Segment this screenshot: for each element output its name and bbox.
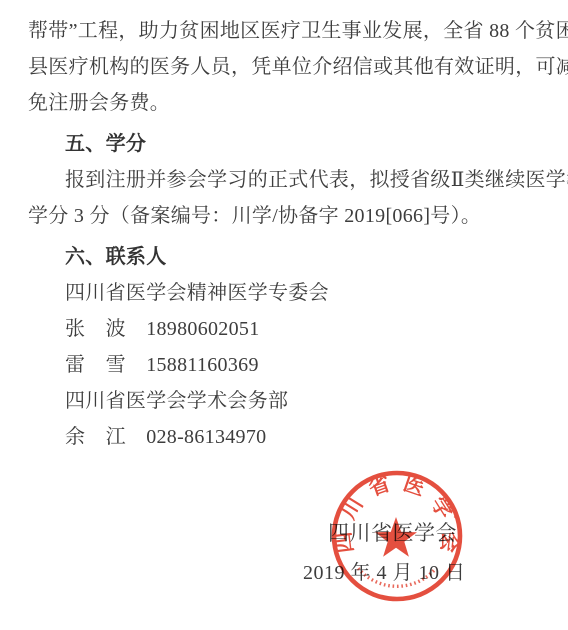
body-line: 免注册会务费。 xyxy=(28,85,548,121)
body-line: 帮带”工程，助力贫困地区医疗卫生事业发展，全省 88 个贫困 xyxy=(28,13,548,49)
ink-speck xyxy=(448,507,451,510)
section-heading-contacts: 六、联系人 xyxy=(28,239,548,275)
contact-line-yujiang: 余 江 028-86134970 xyxy=(28,419,548,455)
section-heading-credits: 五、学分 xyxy=(28,126,548,162)
seal-code-marks xyxy=(358,568,436,586)
document-body: 帮带”工程，助力贫困地区医疗卫生事业发展，全省 88 个贫困 县医疗机构的医务人… xyxy=(28,13,548,455)
contact-line-leixue: 雷 雪 15881160369 xyxy=(28,347,548,383)
contact-line-dept: 四川省医学会学术会务部 xyxy=(28,383,548,419)
seal-star-icon xyxy=(375,517,417,557)
ink-speck xyxy=(454,516,456,518)
body-line: 县医疗机构的医务人员，凭单位介绍信或其他有效证明，可减 xyxy=(28,49,548,85)
document-page: 帮带”工程，助力贫困地区医疗卫生事业发展，全省 88 个贫困 县医疗机构的医务人… xyxy=(0,0,568,630)
contact-line-zhangbo: 张 波 18980602051 xyxy=(28,311,548,347)
ink-speck xyxy=(447,500,449,502)
body-line: 学分 3 分（备案编号：川学/协备字 2019[066]号）。 xyxy=(28,198,548,234)
official-seal: 四川省医学会 xyxy=(322,461,472,611)
contact-line-committee: 四川省医学会精神医学专委会 xyxy=(28,275,548,311)
body-line: 报到注册并参会学习的正式代表，拟授省级Ⅱ类继续医学教育 xyxy=(28,162,548,198)
